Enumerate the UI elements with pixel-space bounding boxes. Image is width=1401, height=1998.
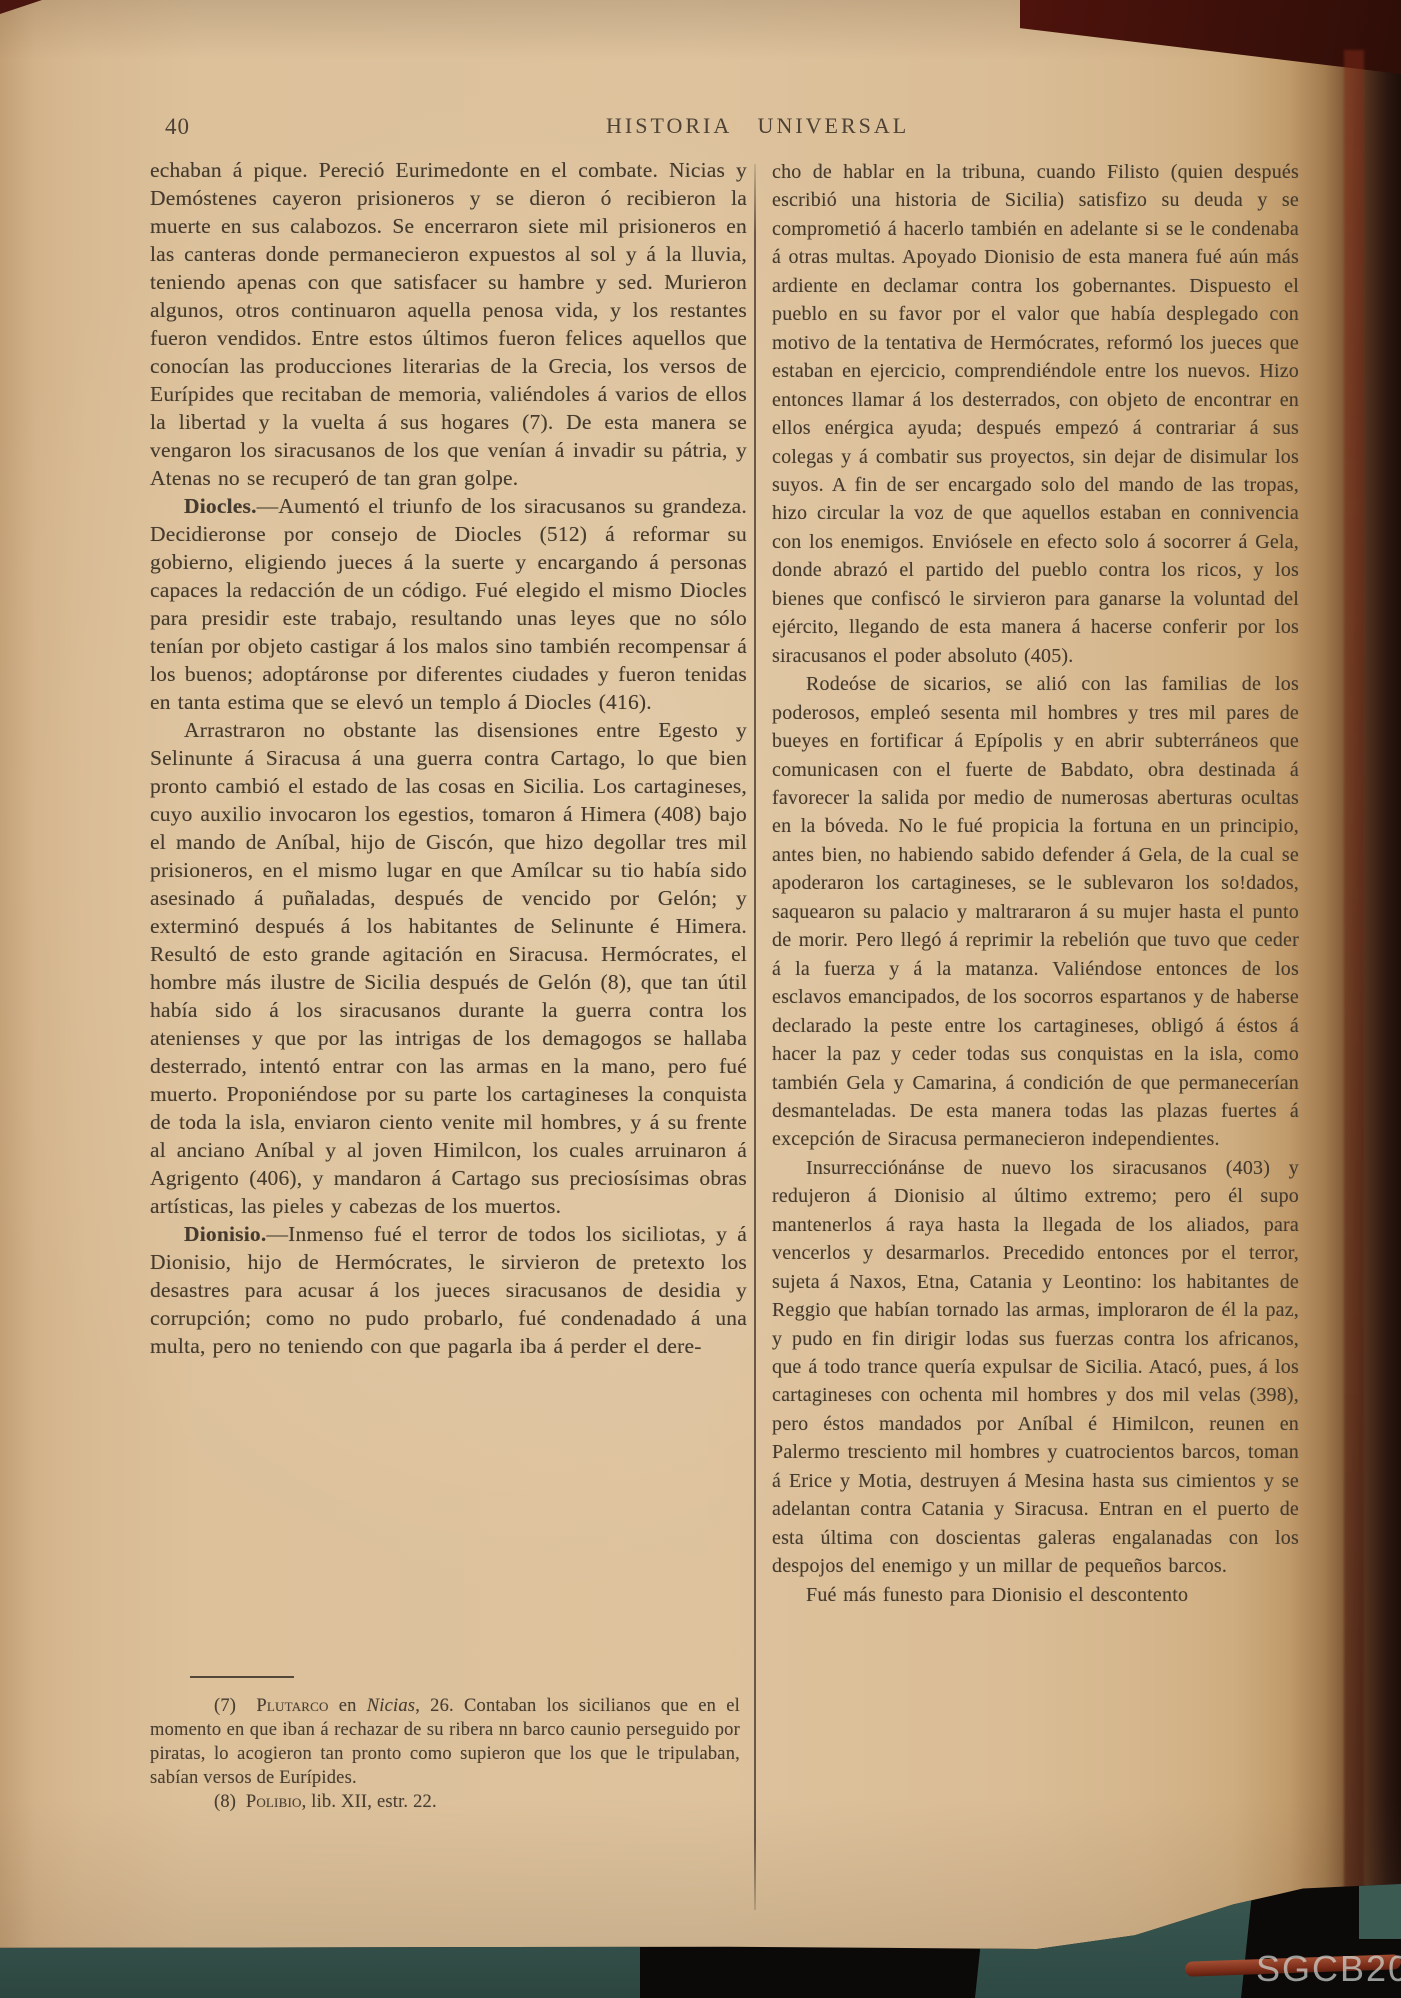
paragraph-text: —Aumentó el triunfo de los siracusanos s…	[150, 494, 747, 714]
right-column: cho de hablar en la tribuna, cuando Fili…	[772, 158, 1299, 1609]
footnote-text: , lib. XII, estr. 22.	[302, 1792, 437, 1812]
footnote-text: en	[329, 1696, 367, 1716]
page-fore-edge	[1344, 50, 1364, 1998]
footnote-author: Plutarco	[256, 1696, 328, 1716]
cover-teal-right	[975, 1884, 1253, 1998]
watermark: SGCB2021	[1256, 1948, 1401, 1990]
corner-mark-top-left	[0, 0, 42, 14]
paragraph-lead: Diocles.	[184, 494, 257, 518]
footnote-number: (7)	[214, 1696, 236, 1716]
page-number: 40	[165, 114, 190, 140]
paragraph: Dionisio.—Inmenso fué el terror de todos…	[150, 1220, 747, 1360]
paragraph-text: Insurrecciónánse de nuevo los siracusano…	[772, 1157, 1299, 1577]
paragraph: Arrastraron no obstante las disensiones …	[150, 716, 747, 1220]
footnote-item: (7) Plutarco en Nicias, 26. Contaban los…	[150, 1694, 740, 1790]
cover-teal-left	[0, 1884, 640, 1998]
paragraph: Fué más funesto para Dionisio el descont…	[772, 1581, 1299, 1609]
footnote-item: (8) Polibio, lib. XII, estr. 22.	[150, 1790, 740, 1814]
book-photo: 40 HISTORIA UNIVERSAL echaban á pique. P…	[0, 0, 1401, 1998]
running-header: HISTORIA UNIVERSAL	[606, 113, 909, 139]
paragraph-text: Fué más funesto para Dionisio el descont…	[806, 1584, 1188, 1606]
book-cover-bottom	[0, 1884, 1401, 1998]
paragraph-text: echaban á pique. Pereció Eurimedonte en …	[150, 158, 747, 490]
footnote-list: (7) Plutarco en Nicias, 26. Contaban los…	[150, 1694, 740, 1814]
left-column: echaban á pique. Pereció Eurimedonte en …	[150, 156, 747, 1360]
footnote-author: Polibio	[246, 1792, 302, 1812]
paragraph: echaban á pique. Pereció Eurimedonte en …	[150, 156, 747, 492]
paragraph-lead: Dionisio.	[184, 1222, 266, 1246]
paragraph-text: cho de hablar en la tribuna, cuando Fili…	[772, 161, 1299, 667]
paragraph: Diocles.—Aumentó el triunfo de los sirac…	[150, 492, 747, 716]
footnote-work-title: Nicias	[367, 1696, 415, 1716]
paragraph: Rodeóse de sicarios, se alió con las fam…	[772, 670, 1299, 1154]
paragraph-text: Rodeóse de sicarios, se alió con las fam…	[772, 673, 1299, 1150]
paragraph: cho de hablar en la tribuna, cuando Fili…	[772, 158, 1299, 670]
footnote-text: , 26. Contaban los sicilianos que en el …	[150, 1696, 740, 1788]
footnote-separator-rule	[190, 1676, 294, 1678]
column-divider-rule	[754, 164, 756, 1910]
footnote-number: (8)	[214, 1792, 236, 1812]
cover-teal-corner	[1359, 1884, 1401, 1939]
paragraph: Insurrecciónánse de nuevo los siracusano…	[772, 1154, 1299, 1581]
paragraph-text: Arrastraron no obstante las disensiones …	[150, 718, 747, 1218]
